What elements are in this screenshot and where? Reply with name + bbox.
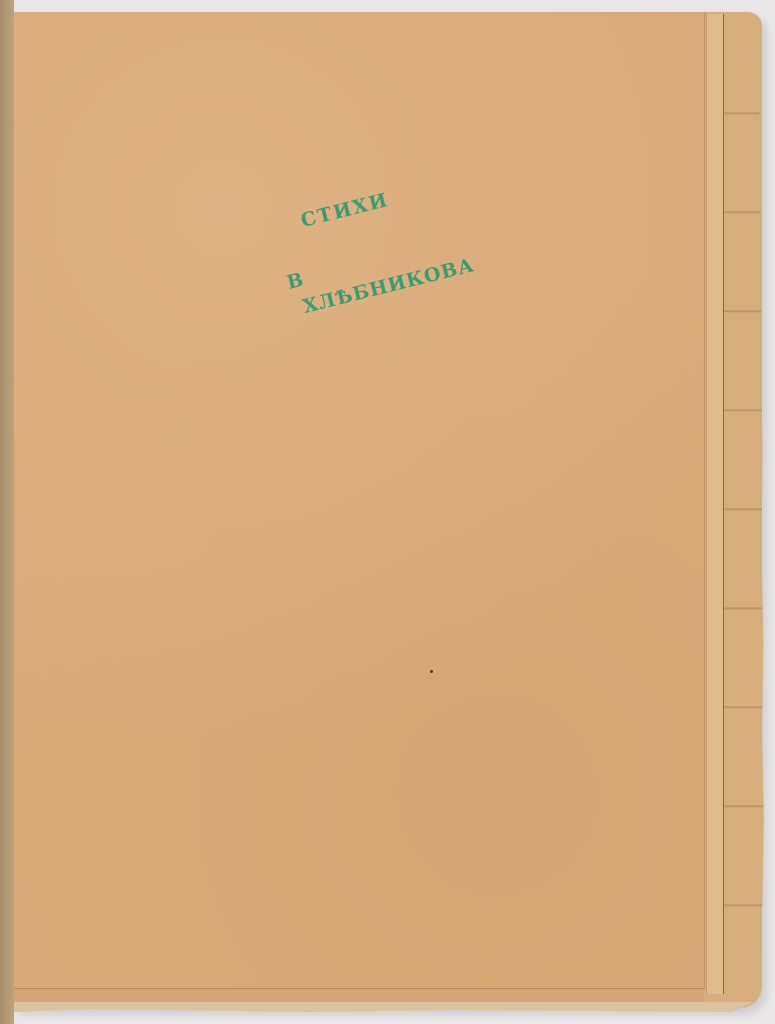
torn-bottom-edge bbox=[14, 1002, 754, 1012]
torn-right-edge bbox=[722, 16, 766, 996]
book-spine bbox=[0, 0, 14, 1024]
paper-page bbox=[14, 12, 705, 990]
paper-speck bbox=[430, 670, 433, 673]
inner-page-strip bbox=[706, 14, 724, 994]
